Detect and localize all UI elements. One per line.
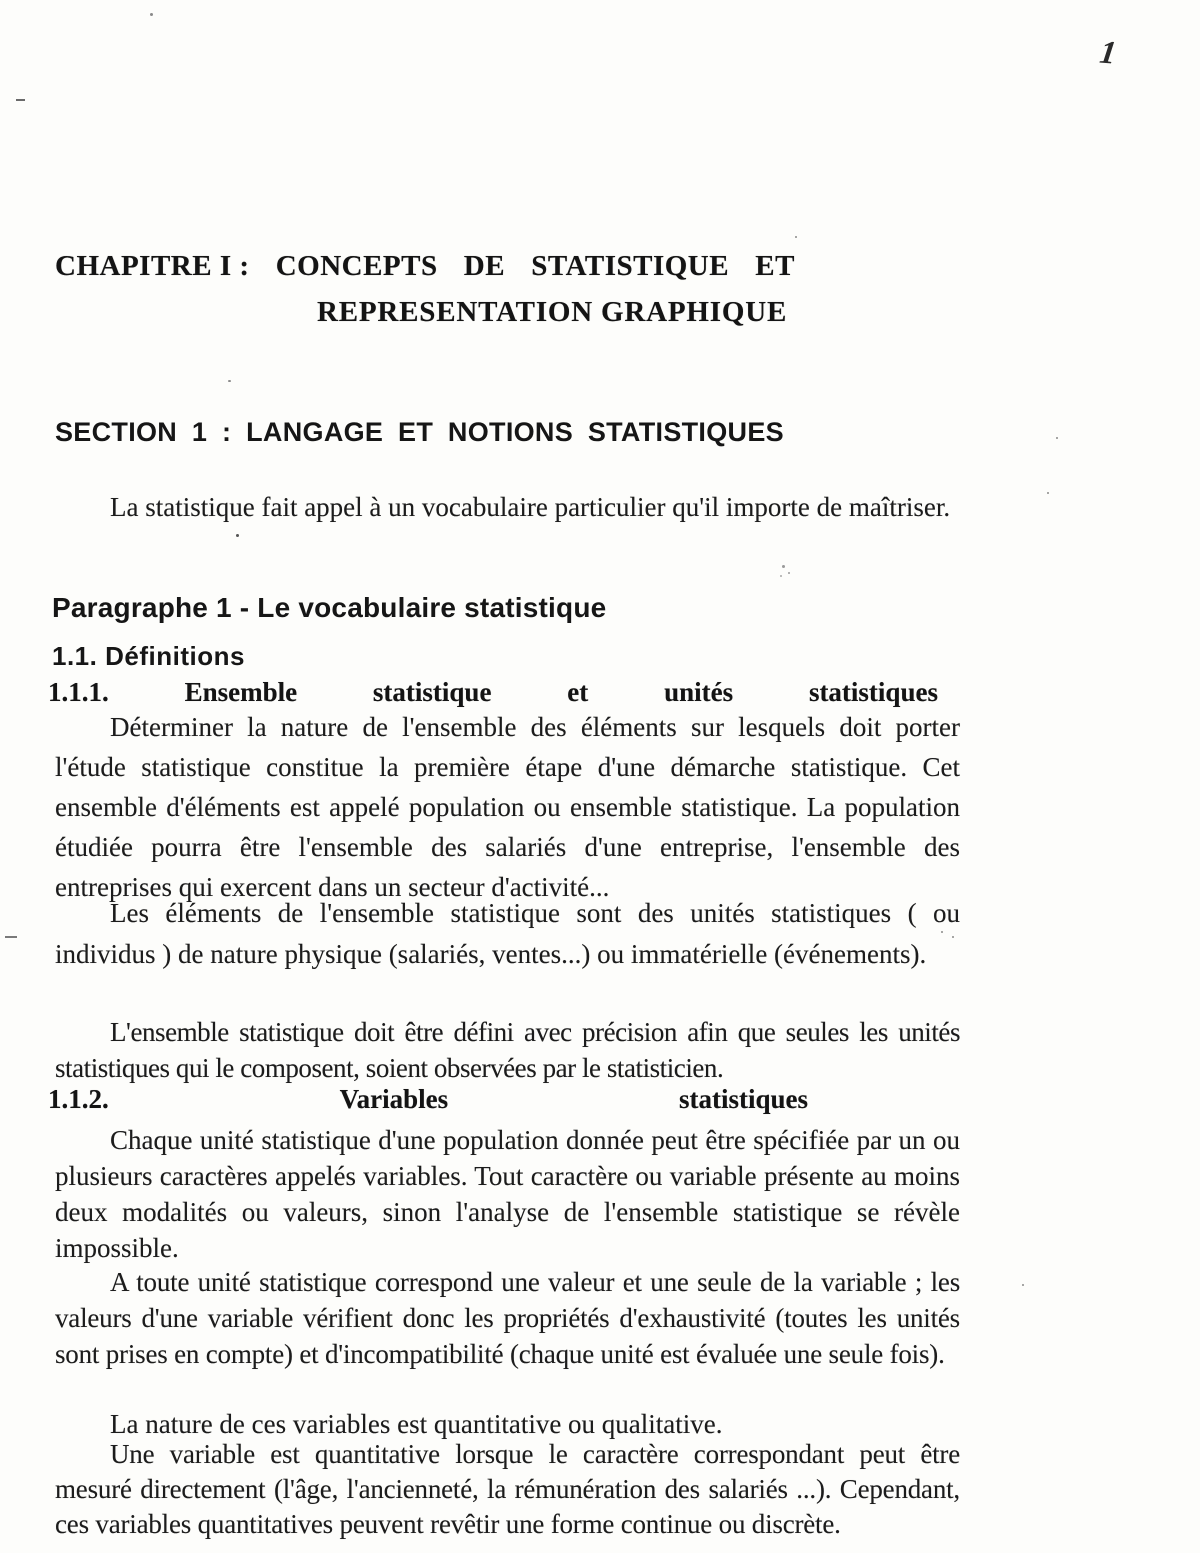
heading-1-1-1-part: unités (664, 677, 733, 708)
scan-speck (1056, 437, 1058, 439)
scan-speck (150, 13, 153, 16)
body-paragraph: Une variable est quantitative lorsque le… (55, 1437, 960, 1542)
heading-1-1-2: 1.1.2. Variables statistiques (48, 1084, 808, 1115)
page-number: 1 (1094, 33, 1121, 71)
scan-speck (236, 534, 239, 537)
scan-speck (795, 236, 797, 238)
scan-speck (788, 572, 790, 574)
body-paragraph: L'ensemble statistique doit être défini … (55, 1014, 960, 1086)
scan-speck (941, 931, 943, 933)
scan-speck (952, 936, 954, 938)
chapter-title-part: STATISTIQUE (531, 250, 729, 283)
scan-speck (646, 1450, 648, 1452)
chapter-title-part: CONCEPTS (276, 250, 438, 283)
paragraphe-1-heading: Paragraphe 1 - Le vocabulaire statistiqu… (52, 592, 606, 624)
scan-speck (1022, 1284, 1024, 1286)
heading-1-1-1-part: statistique (373, 677, 492, 708)
intro-paragraph: La statistique fait appel à un vocabulai… (55, 486, 960, 529)
heading-1-1-2-part: Variables (340, 1084, 449, 1115)
scan-speck (5, 936, 17, 938)
scanned-document-page: 1 CHAPITRE I : CONCEPTS DE STATISTIQUE E… (0, 0, 1200, 1553)
body-paragraph: Déterminer la nature de l'ensemble des é… (55, 707, 960, 907)
heading-1-1-1-part: statistiques (809, 677, 938, 708)
chapter-title-part: ET (755, 250, 795, 283)
heading-1-1-2-part: 1.1.2. (48, 1084, 109, 1115)
body-paragraph: A toute unité statistique correspond une… (55, 1264, 960, 1372)
chapter-title-part: DE (464, 250, 505, 283)
chapter-title-line1: CHAPITRE I : CONCEPTS DE STATISTIQUE ET (55, 250, 795, 283)
chapter-title-line2: REPRESENTATION GRAPHIQUE (317, 296, 787, 329)
scan-speck (780, 575, 782, 577)
definitions-heading: 1.1. Définitions (52, 641, 245, 672)
body-paragraph: Chaque unité statistique d'une populatio… (55, 1122, 960, 1266)
scan-speck (1047, 492, 1049, 494)
scan-speck (228, 380, 231, 382)
scan-speck (782, 565, 785, 568)
scan-speck (16, 99, 25, 101)
chapter-title-part: CHAPITRE I : (55, 250, 250, 283)
heading-1-1-1: 1.1.1. Ensemble statistique et unités st… (48, 677, 938, 708)
heading-1-1-1-part: 1.1.1. (48, 677, 109, 708)
heading-1-1-1-part: Ensemble (185, 677, 298, 708)
heading-1-1-2-part: statistiques (679, 1084, 808, 1115)
heading-1-1-1-part: et (567, 677, 588, 708)
section-1-heading: SECTION 1 : LANGAGE ET NOTIONS STATISTIQ… (55, 417, 784, 448)
body-paragraph: Les éléments de l'ensemble statistique s… (55, 893, 960, 975)
